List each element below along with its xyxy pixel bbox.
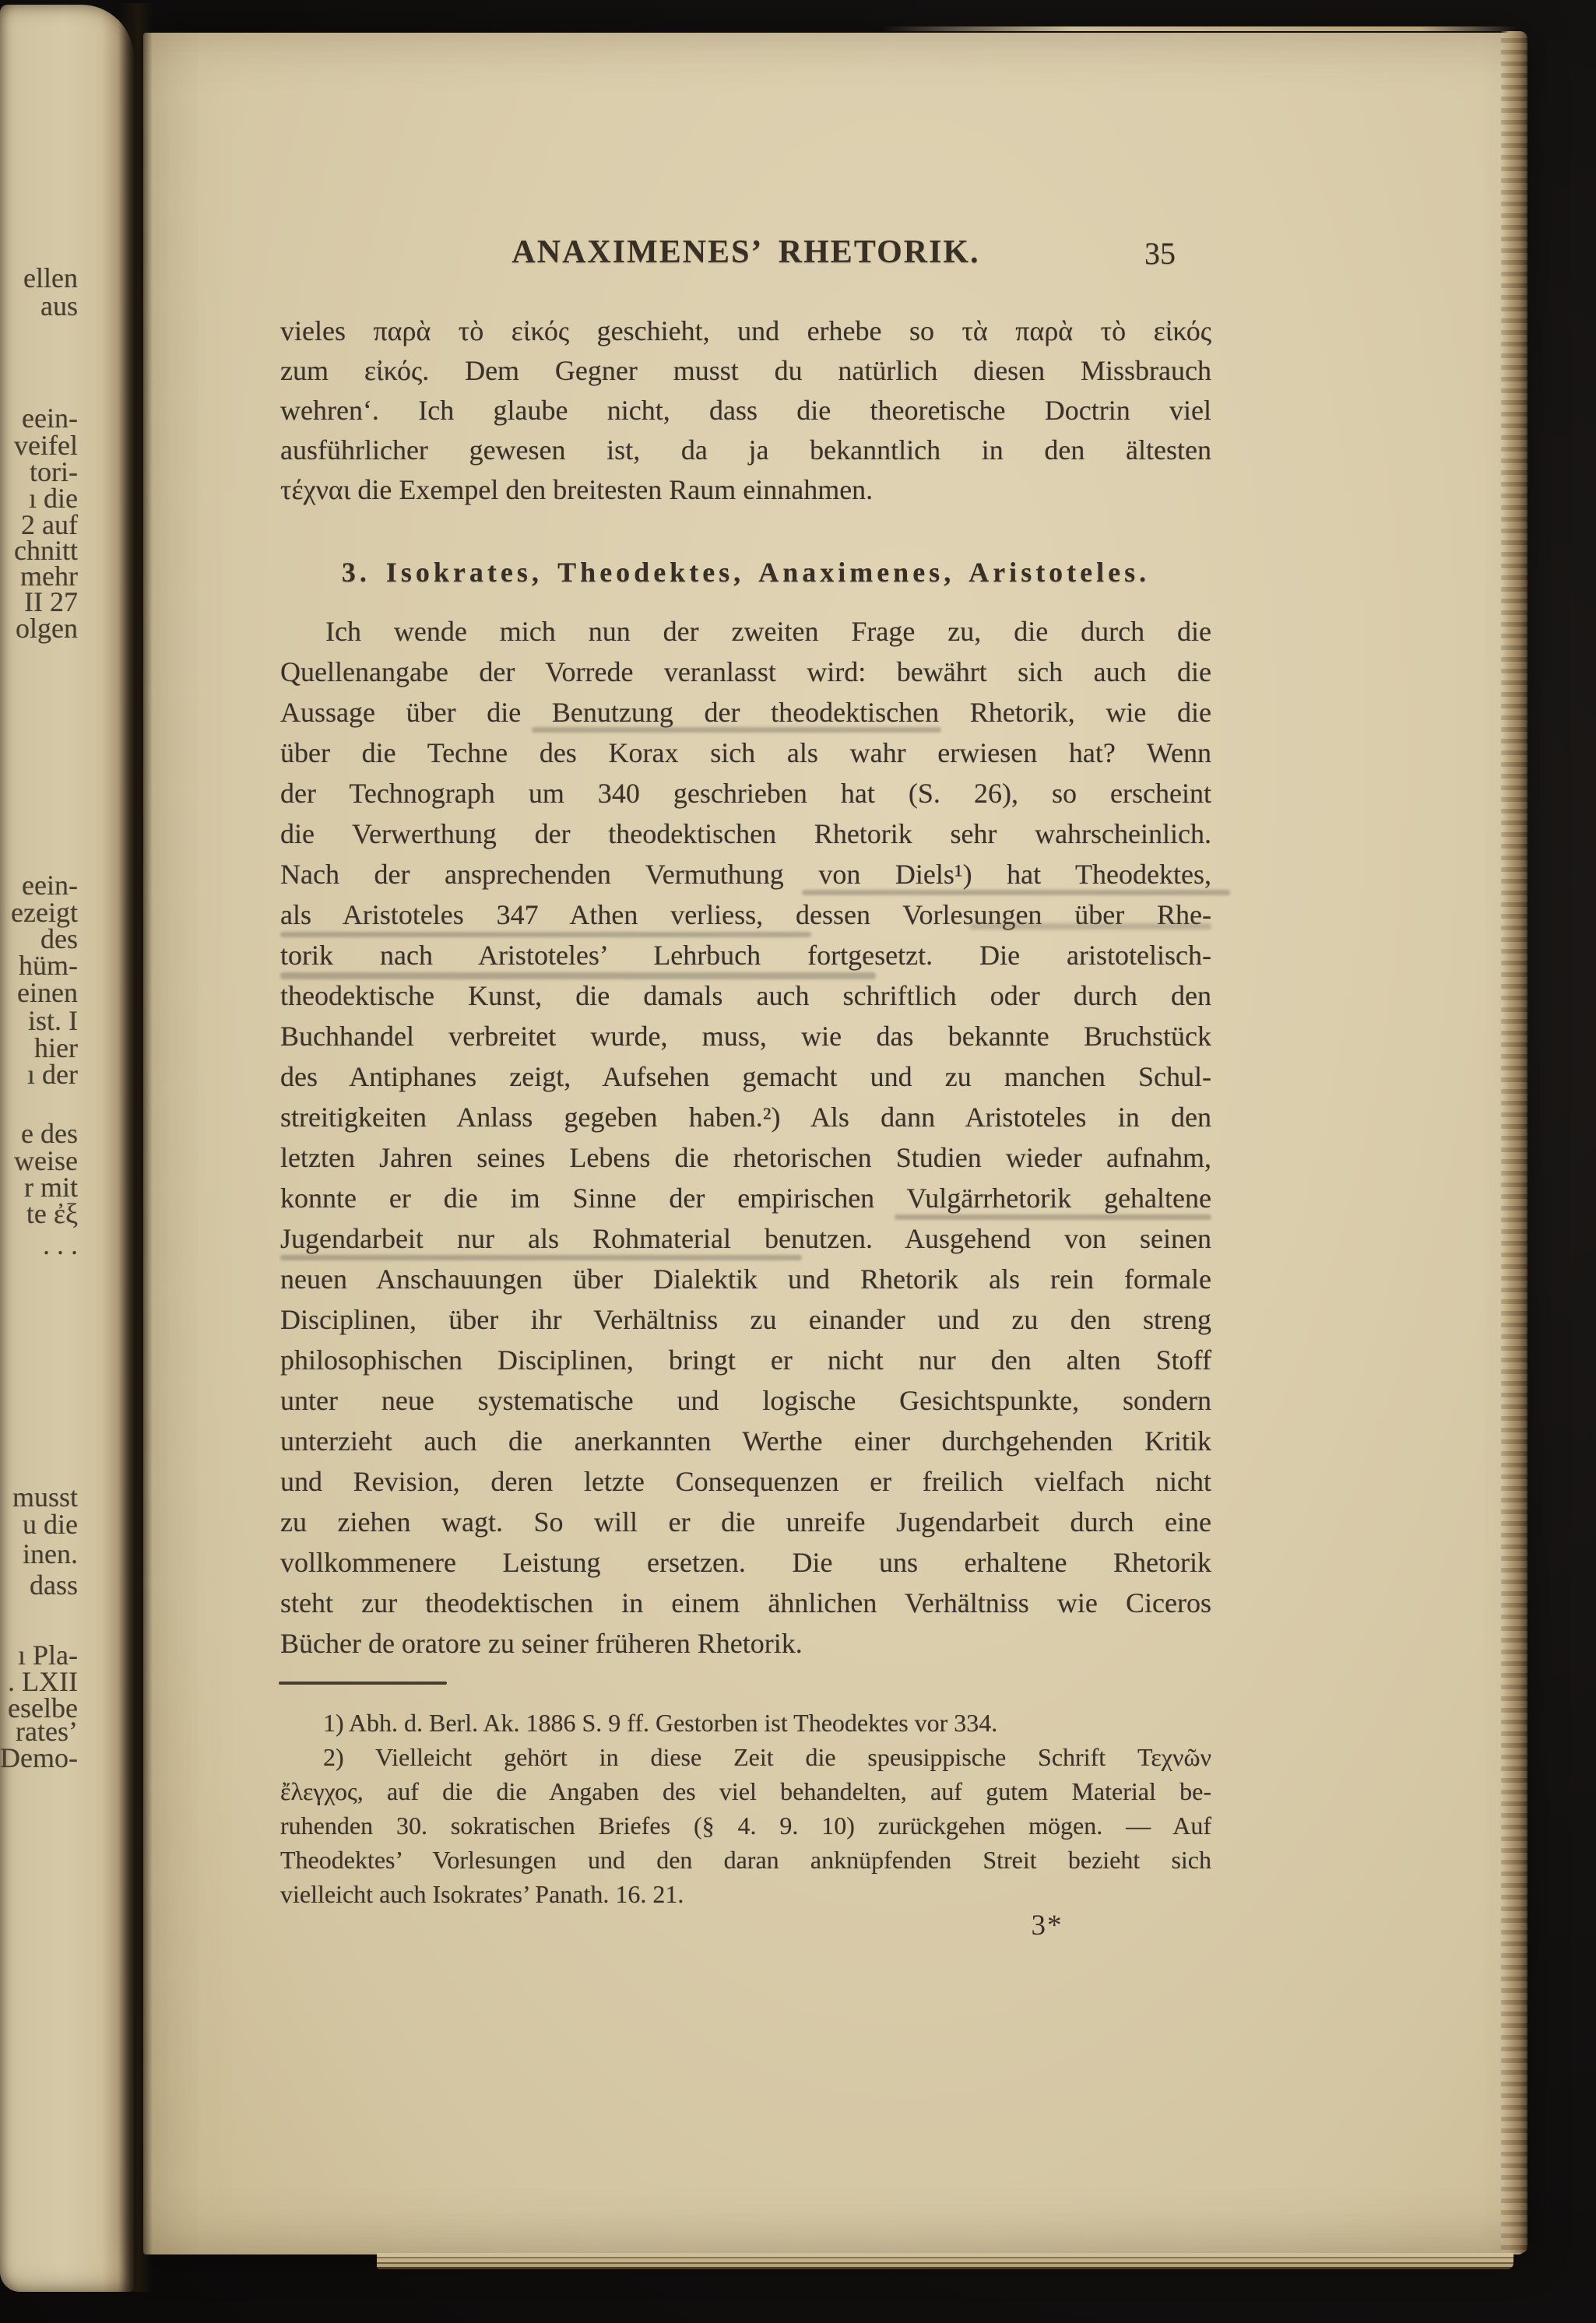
text-line: zu ziehen wagt. So will er die unreife J… bbox=[280, 1502, 1211, 1543]
margin-fragment: eein- bbox=[22, 403, 78, 433]
page-fore-edge bbox=[1501, 31, 1527, 2253]
footnote-line: 2) Vielleicht gehört in diese Zeit die s… bbox=[280, 1741, 1211, 1775]
margin-fragment: ı der bbox=[27, 1060, 78, 1089]
text-line: über die Techne des Korax sich als wahr … bbox=[280, 733, 1211, 774]
margin-fragment: aus bbox=[40, 291, 78, 321]
margin-fragment: u die bbox=[23, 1509, 78, 1539]
book-scan: ellenauseein-veifeltori-ı die2 aufchnitt… bbox=[0, 0, 1596, 2323]
text-line: neuen Anschauungen über Dialektik und Rh… bbox=[280, 1260, 1211, 1300]
text-line: Quellenangabe der Vorrede veranlasst wir… bbox=[280, 652, 1211, 693]
text-line: philosophischen Disciplinen, bringt er n… bbox=[280, 1341, 1211, 1381]
text-line: zum εἰκός. Dem Gegner musst du natürlich… bbox=[280, 352, 1211, 392]
page-top-edge bbox=[881, 26, 1517, 31]
footnotes: 1) Abh. d. Berl. Ak. 1886 S. 9 ff. Gesto… bbox=[280, 1706, 1211, 1912]
margin-fragment: dass bbox=[30, 1570, 78, 1600]
text-line: und Revision, deren letzte Consequenzen … bbox=[280, 1462, 1211, 1502]
text-line: als Aristoteles 347 Athen verliess, dess… bbox=[280, 895, 1211, 936]
text-line: die Verwerthung der theodektischen Rheto… bbox=[280, 814, 1211, 855]
footnote-rule bbox=[279, 1682, 447, 1685]
margin-fragment: te ἐξ bbox=[26, 1199, 78, 1228]
margin-fragment: ellen bbox=[23, 263, 78, 293]
text-line: Ich wende mich nun der zweiten Frage zu,… bbox=[280, 612, 1211, 652]
margin-fragment: olgen bbox=[16, 613, 78, 643]
margin-fragment: hüm- bbox=[19, 951, 78, 980]
gutter-shadow bbox=[118, 3, 153, 2292]
paragraph-main: Ich wende mich nun der zweiten Frage zu,… bbox=[280, 612, 1211, 1664]
paragraph-continuation: vieles παρὰ τὸ εἰκός geschieht, und erhe… bbox=[280, 312, 1211, 511]
page-bottom-edges bbox=[377, 2253, 1513, 2269]
text-line: Buchhandel verbreitet wurde, muss, wie d… bbox=[280, 1017, 1211, 1057]
margin-fragment: e des bbox=[21, 1119, 78, 1148]
margin-fragment: Demo- bbox=[0, 1743, 78, 1773]
text-line: wehren‘. Ich glaube nicht, dass die theo… bbox=[280, 392, 1211, 431]
text-line: unter neue systematische und logische Ge… bbox=[280, 1381, 1211, 1422]
margin-fragment: . . . bbox=[43, 1230, 78, 1260]
text-line: Jugendarbeit nur als Rohmaterial benutze… bbox=[280, 1219, 1211, 1260]
text-line: torik nach Aristoteles’ Lehrbuch fortges… bbox=[280, 936, 1211, 976]
footnote-line: 1) Abh. d. Berl. Ak. 1886 S. 9 ff. Gesto… bbox=[280, 1706, 1211, 1741]
text-line: des Antiphanes zeigt, Aufsehen gemacht u… bbox=[280, 1057, 1211, 1098]
text-line: Disciplinen, über ihr Verhältniss zu ein… bbox=[280, 1300, 1211, 1341]
text-line: vollkommenere Leistung ersetzen. Die uns… bbox=[280, 1543, 1211, 1583]
text-line: τέχναι die Exempel den breitesten Raum e… bbox=[280, 471, 1211, 511]
margin-fragment: einen bbox=[17, 978, 78, 1007]
page-number: 35 bbox=[280, 235, 1176, 272]
section-heading: 3. Isokrates, Theodektes, Anaximenes, Ar… bbox=[280, 556, 1211, 589]
footnote-line: ruhenden 30. sokratischen Briefes (§ 4. … bbox=[280, 1809, 1211, 1843]
facing-page-edge: ellenauseein-veifeltori-ı die2 aufchnitt… bbox=[0, 5, 134, 2292]
text-line: Bücher de oratore zu seiner früheren Rhe… bbox=[280, 1624, 1211, 1664]
signature-mark: 3* bbox=[1004, 1909, 1090, 1942]
text-line: letzten Jahren seines Lebens die rhetori… bbox=[280, 1138, 1211, 1179]
text-line: vieles παρὰ τὸ εἰκός geschieht, und erhe… bbox=[280, 312, 1211, 352]
margin-fragment: eein- bbox=[22, 870, 78, 900]
margin-fragment: musst bbox=[12, 1482, 78, 1512]
footnote-line: Theodektes’ Vorlesungen und den daran an… bbox=[280, 1843, 1211, 1878]
margin-fragment: ist. I bbox=[28, 1006, 78, 1035]
footnote-line: ἔλεγχος, auf die die Angaben des viel be… bbox=[280, 1775, 1211, 1809]
text-line: der Technograph um 340 geschrieben hat (… bbox=[280, 774, 1211, 814]
text-line: Nach der ansprechenden Vermuthung von Di… bbox=[280, 855, 1211, 895]
footnote-line: vielleicht auch Isokrates’ Panath. 16. 2… bbox=[280, 1878, 1211, 1912]
text-line: unterzieht auch die anerkannten Werthe e… bbox=[280, 1422, 1211, 1462]
text-line: konnte er die im Sinne der empirischen V… bbox=[280, 1179, 1211, 1219]
text-line: Aussage über die Benutzung der theodekti… bbox=[280, 693, 1211, 733]
text-line: theodektische Kunst, die damals auch sch… bbox=[280, 976, 1211, 1017]
text-line: streitigkeiten Anlass gegeben haben.²) A… bbox=[280, 1098, 1211, 1138]
text-line: steht zur theodektischen in einem ähnlic… bbox=[280, 1583, 1211, 1624]
text-line: ausführlicher gewesen ist, da ja bekannt… bbox=[280, 431, 1211, 471]
margin-fragment: inen. bbox=[23, 1539, 78, 1569]
